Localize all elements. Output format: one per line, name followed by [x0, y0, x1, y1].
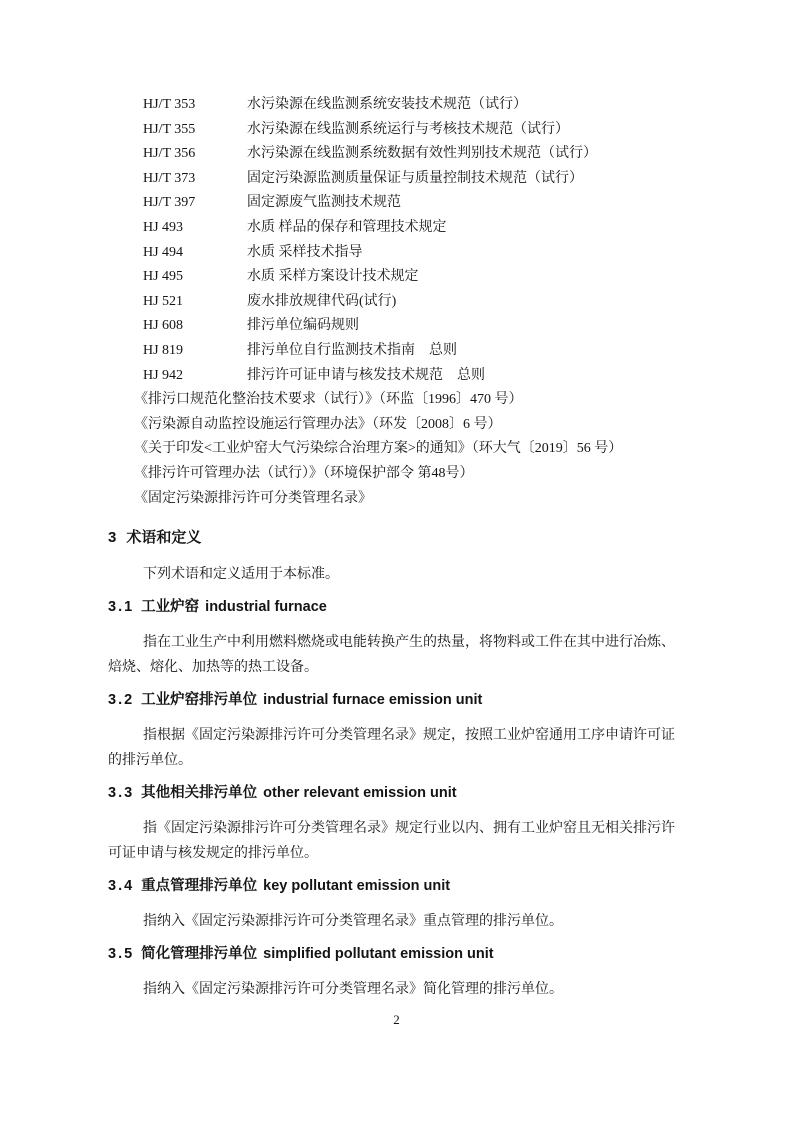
term-heading-3-3: 3.3其他相关排污单位other relevant emission unit: [108, 781, 688, 806]
reference-code: HJ/T 353: [143, 93, 247, 118]
term-number: 3.3: [108, 785, 134, 801]
reference-standard-row: HJ 608排污单位编码规则: [143, 314, 688, 339]
page-number: 2: [0, 1012, 793, 1028]
reference-title: 水质 样品的保存和管理技术规定: [247, 216, 688, 241]
documents-list: 《排污口规范化整治技术要求（试行）》（环监〔1996〕470 号） 《污染源自动…: [108, 388, 688, 511]
term-heading-3-4: 3.4重点管理排污单位key pollutant emission unit: [108, 874, 688, 899]
reference-code: HJ/T 356: [143, 142, 247, 167]
reference-standard-row: HJ/T 353水污染源在线监测系统安装技术规范（试行）: [143, 93, 688, 118]
reference-standard-row: HJ/T 355水污染源在线监测系统运行与考核技术规范（试行）: [143, 118, 688, 143]
reference-title: 排污许可证申请与核发技术规范 总则: [247, 364, 688, 389]
reference-document: 《固定污染源排污许可分类管理名录》: [134, 487, 688, 512]
reference-code: HJ 494: [143, 241, 247, 266]
reference-document: 《排污许可管理办法（试行）》（环境保护部令 第48号）: [134, 462, 688, 487]
reference-title: 排污单位编码规则: [247, 314, 688, 339]
reference-code: HJ 493: [143, 216, 247, 241]
reference-title: 水污染源在线监测系统运行与考核技术规范（试行）: [247, 118, 688, 143]
section-heading: 3术语和定义: [108, 525, 688, 550]
reference-standard-row: HJ 942排污许可证申请与核发技术规范 总则: [143, 364, 688, 389]
term-number: 3.1: [108, 599, 134, 615]
reference-title: 水质 采样技术指导: [247, 241, 688, 266]
term-definition-3-2: 指根据《固定污染源排污许可分类管理名录》规定，按照工业炉窑通用工序申请许可证 的…: [108, 723, 688, 773]
term-english: industrial furnace: [205, 599, 327, 615]
reference-code: HJ/T 397: [143, 191, 247, 216]
reference-standard-row: HJ/T 397固定源废气监测技术规范: [143, 191, 688, 216]
term-definition-3-4: 指纳入《固定污染源排污许可分类管理名录》重点管理的排污单位。: [108, 909, 688, 934]
reference-standard-row: HJ 493水质 样品的保存和管理技术规定: [143, 216, 688, 241]
reference-standard-row: HJ/T 356水污染源在线监测系统数据有效性判别技术规范（试行）: [143, 142, 688, 167]
reference-title: 废水排放规律代码(试行): [247, 290, 688, 315]
term-chinese: 简化管理排污单位: [141, 946, 257, 962]
reference-code: HJ/T 355: [143, 118, 247, 143]
section-number: 3: [108, 529, 116, 546]
term-definition-3-3: 指《固定污染源排污许可分类管理名录》规定行业以内、拥有工业炉窑且无相关排污许 可…: [108, 816, 688, 866]
reference-title: 水质 采样方案设计技术规定: [247, 265, 688, 290]
term-heading-3-1: 3.1工业炉窑industrial furnace: [108, 595, 688, 620]
reference-code: HJ 608: [143, 314, 247, 339]
term-english: industrial furnace emission unit: [263, 692, 482, 708]
reference-code: HJ/T 373: [143, 167, 247, 192]
term-heading-3-2: 3.2工业炉窑排污单位industrial furnace emission u…: [108, 688, 688, 713]
reference-code: HJ 495: [143, 265, 247, 290]
term-heading-3-5: 3.5简化管理排污单位simplified pollutant emission…: [108, 942, 688, 967]
reference-code: HJ 819: [143, 339, 247, 364]
reference-title: 水污染源在线监测系统数据有效性判别技术规范（试行）: [247, 142, 688, 167]
reference-title: 固定污染源监测质量保证与质量控制技术规范（试行）: [247, 167, 688, 192]
reference-title: 固定源废气监测技术规范: [247, 191, 688, 216]
term-english: key pollutant emission unit: [263, 878, 450, 894]
term-chinese: 其他相关排污单位: [141, 785, 257, 801]
document-page: HJ/T 353水污染源在线监测系统安装技术规范（试行） HJ/T 355水污染…: [0, 0, 793, 1122]
reference-title: 排污单位自行监测技术指南 总则: [247, 339, 688, 364]
reference-title: 水污染源在线监测系统安装技术规范（试行）: [247, 93, 688, 118]
term-number: 3.2: [108, 692, 134, 708]
page-content: HJ/T 353水污染源在线监测系统安装技术规范（试行） HJ/T 355水污染…: [108, 93, 688, 1002]
standards-list: HJ/T 353水污染源在线监测系统安装技术规范（试行） HJ/T 355水污染…: [108, 93, 688, 388]
term-definition-3-5: 指纳入《固定污染源排污许可分类管理名录》简化管理的排污单位。: [108, 977, 688, 1002]
reference-standard-row: HJ 819排污单位自行监测技术指南 总则: [143, 339, 688, 364]
reference-standard-row: HJ 521废水排放规律代码(试行): [143, 290, 688, 315]
reference-standard-row: HJ 495水质 采样方案设计技术规定: [143, 265, 688, 290]
reference-standard-row: HJ/T 373固定污染源监测质量保证与质量控制技术规范（试行）: [143, 167, 688, 192]
term-number: 3.4: [108, 878, 134, 894]
term-english: simplified pollutant emission unit: [263, 946, 493, 962]
reference-standard-row: HJ 494水质 采样技术指导: [143, 241, 688, 266]
term-number: 3.5: [108, 946, 134, 962]
reference-code: HJ 942: [143, 364, 247, 389]
reference-document: 《污染源自动监控设施运行管理办法》（环发〔2008〕6 号）: [134, 413, 688, 438]
term-chinese: 重点管理排污单位: [141, 878, 257, 894]
term-chinese: 工业炉窑: [141, 599, 199, 615]
reference-document: 《关于印发<工业炉窑大气污染综合治理方案>的通知》（环大气〔2019〕56 号）: [134, 437, 688, 462]
term-definition-3-1: 指在工业生产中利用燃料燃烧或电能转换产生的热量，将物料或工件在其中进行冶炼、 焙…: [108, 630, 688, 680]
section-intro: 下列术语和定义适用于本标准。: [108, 562, 688, 587]
term-english: other relevant emission unit: [263, 785, 456, 801]
section-title: 术语和定义: [126, 529, 201, 546]
term-chinese: 工业炉窑排污单位: [141, 692, 257, 708]
reference-code: HJ 521: [143, 290, 247, 315]
reference-document: 《排污口规范化整治技术要求（试行）》（环监〔1996〕470 号）: [134, 388, 688, 413]
